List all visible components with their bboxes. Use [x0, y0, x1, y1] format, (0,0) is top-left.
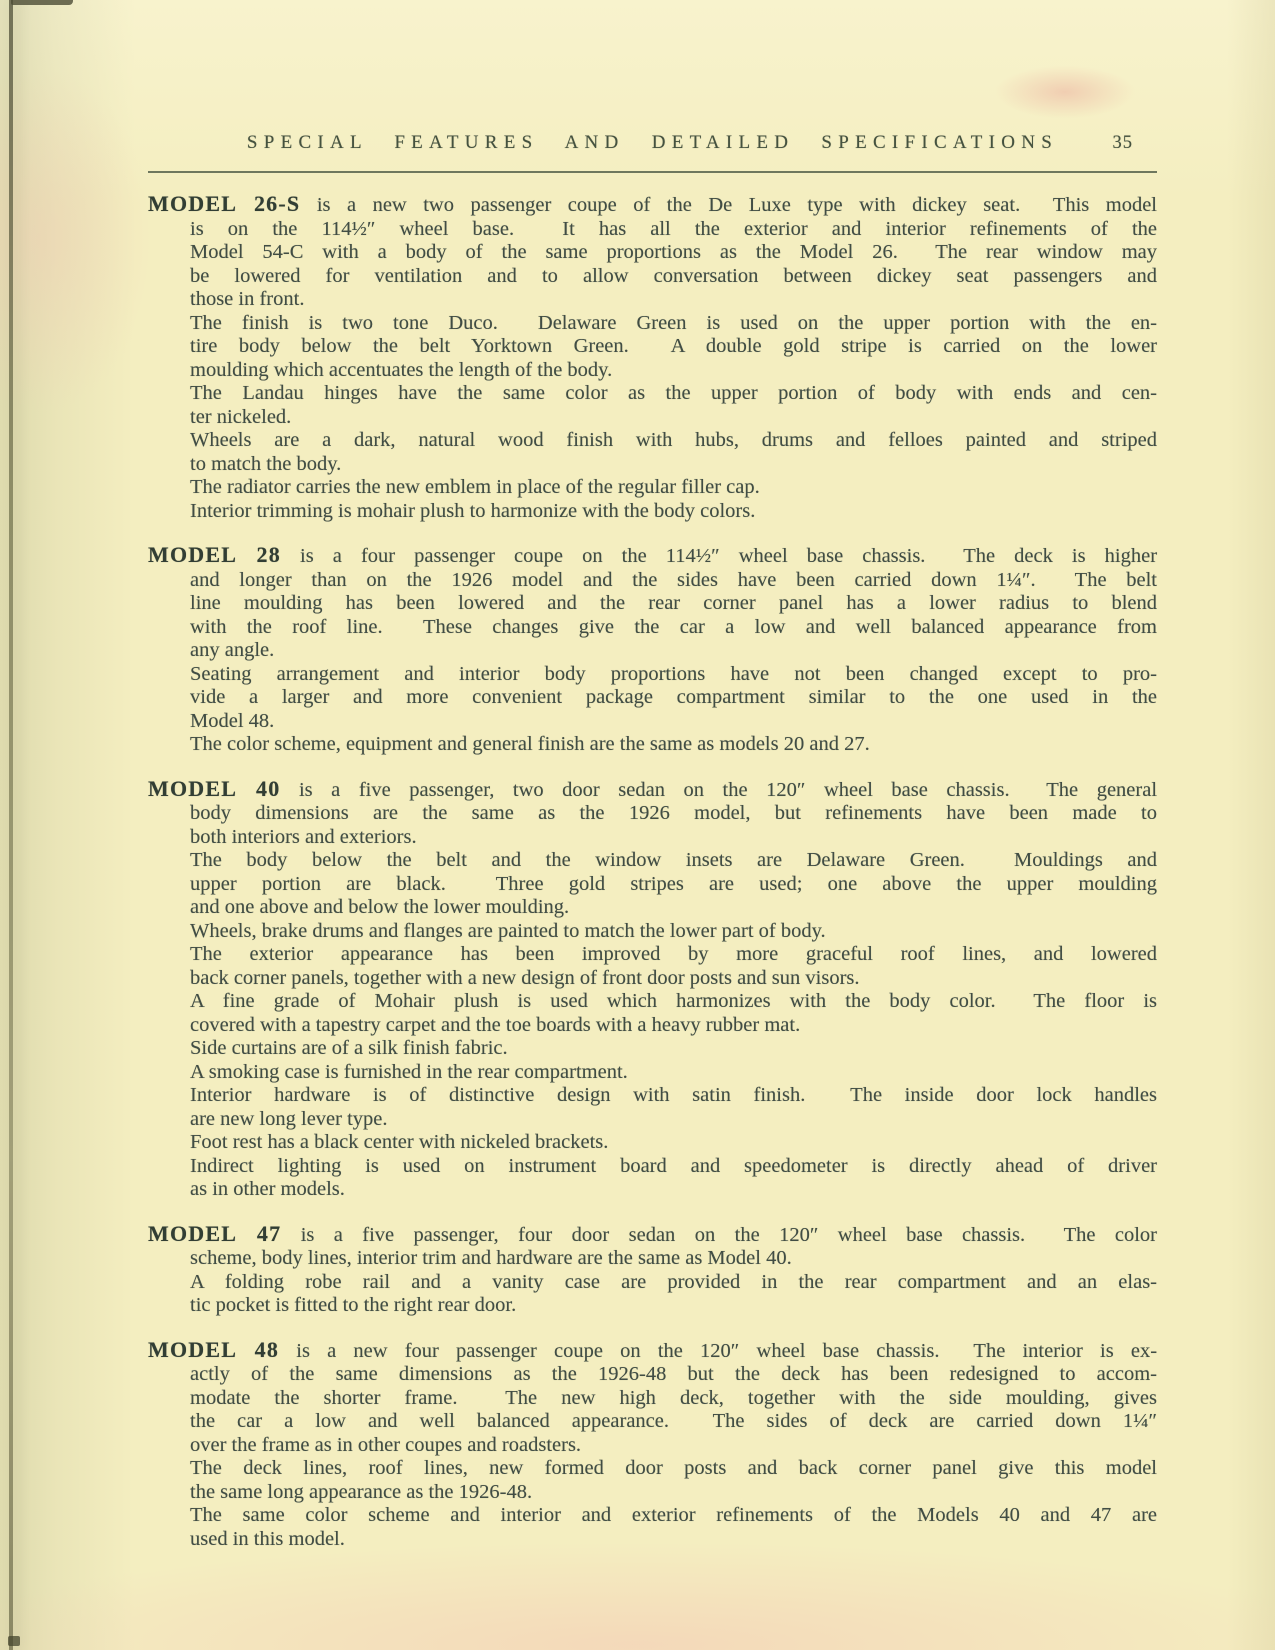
text-line: both interiors and exteriors.	[190, 826, 1157, 850]
text-line: Seating arrangement and interior body pr…	[190, 663, 1157, 687]
text-line: back corner panels, together with a new …	[190, 967, 1157, 991]
text-line: Model 54-C with a body of the same propo…	[190, 241, 1157, 265]
text-line: Interior trimming is mohair plush to har…	[190, 500, 1157, 524]
model-label: MODEL 48	[148, 1337, 279, 1362]
text-line: tic pocket is fitted to the right rear d…	[190, 1294, 1157, 1318]
text-line: MODEL 26-S is a new two passenger coupe …	[148, 192, 1157, 218]
text-line: A fine grade of Mohair plush is used whi…	[190, 990, 1157, 1014]
text-line: is on the 114½″ wheel base. It has all t…	[190, 218, 1157, 242]
text-line: scheme, body lines, interior trim and ha…	[190, 1247, 1157, 1271]
page-number: 35	[1113, 133, 1134, 154]
scanned-page: SPECIAL FEATURES AND DETAILED SPECIFICAT…	[0, 0, 1275, 1650]
text-line: Model 48.	[190, 710, 1157, 734]
text-line: moulding which accentuates the length of…	[190, 359, 1157, 383]
text-line: the same long appearance as the 1926-48.	[190, 1481, 1157, 1505]
text-line: body dimensions are the same as the 1926…	[190, 802, 1157, 826]
text-line: The same color scheme and interior and e…	[190, 1504, 1157, 1528]
text-line: The finish is two tone Duco. Delaware Gr…	[190, 312, 1157, 336]
text-run: is a four passenger coupe on the 114½″ w…	[300, 545, 1157, 567]
model-label: MODEL 47	[148, 1221, 281, 1246]
model-section: MODEL 28 is a four passenger coupe on th…	[190, 543, 1157, 757]
model-section: MODEL 47 is a five passenger, four door …	[190, 1222, 1157, 1318]
text-line: Wheels, brake drums and flanges are pain…	[190, 920, 1157, 944]
text-line: Foot rest has a black center with nickel…	[190, 1131, 1157, 1155]
text-line: upper portion are black. Three gold stri…	[190, 873, 1157, 897]
text-line: MODEL 40 is a five passenger, two door s…	[148, 777, 1157, 803]
text-line: those in front.	[190, 288, 1157, 312]
model-label: MODEL 40	[148, 776, 280, 801]
model-section: MODEL 48 is a new four passenger coupe o…	[190, 1338, 1157, 1552]
model-label: MODEL 28	[148, 542, 281, 567]
model-label: MODEL 26-S	[148, 191, 300, 216]
text-line: The body below the belt and the window i…	[190, 849, 1157, 873]
text-line: to match the body.	[190, 453, 1157, 477]
text-line: The exterior appearance has been improve…	[190, 943, 1157, 967]
book-binding-edge	[9, 0, 13, 1650]
text-line: The color scheme, equipment and general …	[190, 733, 1157, 757]
text-line: used in this model.	[190, 1528, 1157, 1552]
text-line: Side curtains are of a silk finish fabri…	[190, 1037, 1157, 1061]
text-line: over the frame as in other coupes and ro…	[190, 1434, 1157, 1458]
text-run: is a new four passenger coupe on the 120…	[296, 1340, 1157, 1362]
text-line: A folding robe rail and a vanity case ar…	[190, 1271, 1157, 1295]
text-line: Interior hardware is of distinctive desi…	[190, 1084, 1157, 1108]
text-run: is a five passenger, two door sedan on t…	[299, 779, 1157, 801]
text-line: the car a low and well balanced appearan…	[190, 1410, 1157, 1434]
text-line: are new long lever type.	[190, 1108, 1157, 1132]
scan-artifact-bottom-left	[8, 1636, 20, 1646]
text-run: is a new two passenger coupe of the De L…	[317, 194, 1157, 216]
text-line: any angle.	[190, 639, 1157, 663]
text-line: tire body below the belt Yorktown Green.…	[190, 335, 1157, 359]
text-run: is a five passenger, four door sedan on …	[301, 1224, 1157, 1246]
page-header-title: SPECIAL FEATURES AND DETAILED SPECIFICAT…	[247, 132, 1058, 153]
text-line: The Landau hinges have the same color as…	[190, 382, 1157, 406]
text-line: modate the shorter frame. The new high d…	[190, 1387, 1157, 1411]
text-line: be lowered for ventilation and to allow …	[190, 265, 1157, 289]
text-line: actly of the same dimensions as the 1926…	[190, 1363, 1157, 1387]
page-header: SPECIAL FEATURES AND DETAILED SPECIFICAT…	[148, 132, 1157, 158]
text-line: as in other models.	[190, 1178, 1157, 1202]
text-line: A smoking case is furnished in the rear …	[190, 1061, 1157, 1085]
header-rule	[148, 171, 1157, 173]
model-section: MODEL 26-S is a new two passenger coupe …	[190, 192, 1157, 523]
text-line: Wheels are a dark, natural wood finish w…	[190, 429, 1157, 453]
text-line: and longer than on the 1926 model and th…	[190, 569, 1157, 593]
page-content: MODEL 26-S is a new two passenger coupe …	[190, 192, 1157, 1551]
text-line: ter nickeled.	[190, 406, 1157, 430]
model-section: MODEL 40 is a five passenger, two door s…	[190, 777, 1157, 1202]
text-line: The radiator carries the new emblem in p…	[190, 476, 1157, 500]
text-line: MODEL 48 is a new four passenger coupe o…	[148, 1338, 1157, 1364]
text-line: The deck lines, roof lines, new formed d…	[190, 1457, 1157, 1481]
text-line: covered with a tapestry carpet and the t…	[190, 1014, 1157, 1038]
scan-artifact-top-left	[11, 0, 73, 5]
text-line: and one above and below the lower mouldi…	[190, 896, 1157, 920]
text-line: MODEL 28 is a four passenger coupe on th…	[148, 543, 1157, 569]
text-line: Indirect lighting is used on instrument …	[190, 1155, 1157, 1179]
text-line: MODEL 47 is a five passenger, four door …	[148, 1222, 1157, 1248]
text-line: with the roof line. These changes give t…	[190, 616, 1157, 640]
text-line: vide a larger and more convenient packag…	[190, 686, 1157, 710]
text-line: line moulding has been lowered and the r…	[190, 592, 1157, 616]
